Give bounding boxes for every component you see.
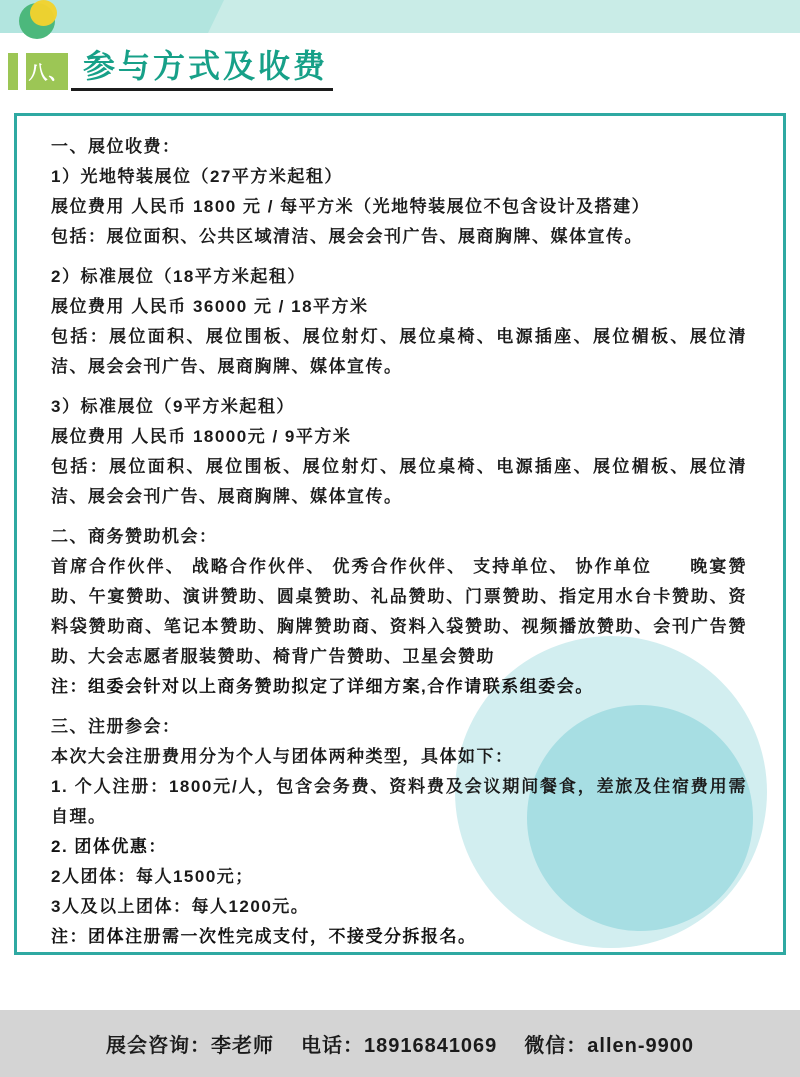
title-underline — [71, 88, 333, 91]
paragraph: 展位费用 人民币 1800 元 / 每平方米（光地特装展位不包含设计及搭建） — [51, 192, 747, 222]
paragraph: 1. 个人注册：1800元/人，包含会务费、资料费及会议期间餐食，差旅及住宿费用… — [51, 772, 747, 832]
paragraph: 展位费用 人民币 36000 元 / 18平方米 — [51, 292, 747, 322]
footer-consultant: 展会咨询：李老师 — [106, 1029, 274, 1058]
paragraph: 3人及以上团体：每人1200元。 — [51, 892, 747, 922]
header-title-wrap: 参与方式及收费 — [83, 46, 333, 91]
paragraph: 首席合作伙伴、 战略合作伙伴、 优秀合作伙伴、 支持单位、 协作单位 晚宴赞助、… — [51, 552, 747, 672]
footer-wechat: 微信：allen-9900 — [524, 1029, 694, 1058]
top-band-highlight — [208, 0, 800, 33]
section-header: 八、 参与方式及收费 — [8, 53, 333, 91]
section-index-badge: 八、 — [26, 53, 68, 90]
paragraph: 二、商务赞助机会： — [51, 522, 747, 552]
paragraph: 展位费用 人民币 18000元 / 9平方米 — [51, 422, 747, 452]
paragraph: 3）标准展位（9平方米起租） — [51, 392, 747, 422]
header-accent-bar — [8, 53, 18, 90]
logo — [0, 0, 80, 45]
card-content: 一、展位收费：1）光地特装展位（27平方米起租）展位费用 人民币 1800 元 … — [17, 116, 783, 952]
paragraph: 一、展位收费： — [51, 132, 747, 162]
footer-phone: 电话：18916841069 — [301, 1029, 497, 1058]
paragraph: 本次大会注册费用分为个人与团体两种类型，具体如下： — [51, 742, 747, 772]
page-title: 参与方式及收费 — [83, 46, 333, 86]
top-band — [0, 0, 800, 33]
paragraph: 1）光地特装展位（27平方米起租） — [51, 162, 747, 192]
paragraph: 包括：展位面积、公共区域清洁、展会会刊广告、展商胸牌、媒体宣传。 — [51, 222, 747, 252]
footer-contact-bar: 展会咨询：李老师 电话：18916841069 微信：allen-9900 — [0, 1010, 800, 1077]
paragraph: 2. 团体优惠： — [51, 832, 747, 862]
paragraph: 注：团体注册需一次性完成支付，不接受分拆报名。 — [51, 922, 747, 952]
paragraph: 包括：展位面积、展位围板、展位射灯、展位桌椅、电源插座、展位楣板、展位清洁、展会… — [51, 322, 747, 382]
paragraph: 2）标准展位（18平方米起租） — [51, 262, 747, 292]
paragraph: 三、注册参会： — [51, 712, 747, 742]
paragraph: 2人团体：每人1500元； — [51, 862, 747, 892]
logo-yellow-circle-icon — [30, 0, 57, 26]
paragraph: 包括：展位面积、展位围板、展位射灯、展位桌椅、电源插座、展位楣板、展位清洁、展会… — [51, 452, 747, 512]
paragraph: 注：组委会针对以上商务赞助拟定了详细方案,合作请联系组委会。 — [51, 672, 747, 702]
content-card: 一、展位收费：1）光地特装展位（27平方米起租）展位费用 人民币 1800 元 … — [14, 113, 786, 955]
